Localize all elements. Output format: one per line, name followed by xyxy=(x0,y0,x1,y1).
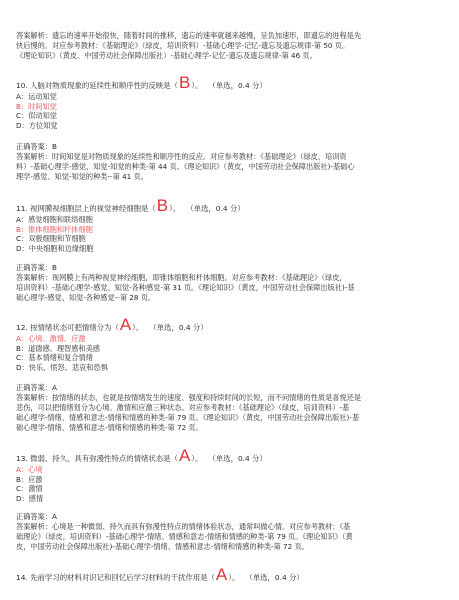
option-c: C：激情 xyxy=(16,484,446,494)
option-d: D：中央细胞和边缘细胞 xyxy=(16,244,446,254)
option-d: D：感情 xyxy=(16,494,446,504)
question-10: 10. 人脑对物质现象的延续性和顺序性的反映是（ B ）。 （单选，0.4 分）… xyxy=(16,76,446,130)
explanation-line: 础心理学-感觉、知觉-各种感觉--第 28 页。 xyxy=(16,293,446,303)
explanation-q9: 答案解析：遗忘的速率开始很快，随着时间的推移，遗忘的速率就越来越慢，呈负加速形，… xyxy=(16,31,446,61)
explanation-line: 答案解析：按情绪的状态，也就是按情绪发生的速度、强度和持续时间的长短，而不问情绪… xyxy=(16,393,446,403)
explanation-line: 答案解析：遗忘的速率开始很快，随着时间的推移，遗忘的速率就越来越慢，呈负加速形，… xyxy=(16,31,446,41)
question-text: 先前学习的材料对识记和回忆后学习材料的干扰作用是（ xyxy=(30,573,215,583)
question-meta: （单选，0.4 分） xyxy=(186,204,244,214)
answer-mark: B xyxy=(179,76,190,90)
question-stem: 12. 按情绪状态可把情绪分为（ A ）。 （单选，0.4 分） xyxy=(16,318,446,333)
option-b-correct: B：时间知觉 xyxy=(16,102,446,112)
option-d: D：方位知觉 xyxy=(16,121,446,131)
answer-mark: A xyxy=(120,318,131,332)
question-meta: （单选，0.4 分） xyxy=(245,573,303,583)
explanation-line: 答案解析：时间知觉是对物质现象的延续性和顺序性的反应。对应参考教材：《基础理论》… xyxy=(16,152,446,162)
option-c: C：基本情绪和复合情绪 xyxy=(16,353,446,363)
explanation-line: 理学-感觉、知觉-知觉的种类--第 41 页。 xyxy=(16,172,446,182)
question-text: 按情绪状态可把情绪分为（ xyxy=(30,323,119,333)
correct-answer: 正确答案：B xyxy=(16,263,446,273)
question-number: 13. xyxy=(16,454,28,464)
question-text-end: ）。 xyxy=(228,573,239,583)
answer-block-11: 正确答案：B 答案解析：视网膜上有两种视觉神经细胞，即锥体细胞和杆体细胞。对应参… xyxy=(16,263,446,303)
question-text: 微弱、持久、具有弥漫性特点的情绪状态是（ xyxy=(30,454,178,464)
answer-mark: A xyxy=(216,568,227,582)
option-b: B：应激 xyxy=(16,475,446,485)
explanation-line: 料）-基础心理学-感觉、知觉-知觉的种类-第 44 页。《理论知识》（黄皮，中国… xyxy=(16,162,446,172)
question-text: 视网膜视细胞层上的视觉神经细胞是（ xyxy=(30,204,156,214)
explanation-line: 《理论知识》（黄皮、中国劳动社会保障出版社）-基础心理学-记忆-遗忘及遗忘规律-… xyxy=(16,51,446,61)
question-stem: 10. 人脑对物质现象的延续性和顺序性的反映是（ B ）。 （单选，0.4 分） xyxy=(16,76,446,91)
option-a: A：感觉细胞和联络细胞 xyxy=(16,215,446,225)
option-a-correct: A：心境 xyxy=(16,465,446,475)
question-number: 11. xyxy=(16,204,28,214)
question-stem: 14. 先前学习的材料对识记和回忆后学习材料的干扰作用是（ A ）。 （单选，0… xyxy=(16,568,446,583)
question-text-end: ）。 xyxy=(191,81,202,91)
question-11: 11. 视网膜视细胞层上的视觉神经细胞是（ B ）。 （单选，0.4 分） A：… xyxy=(16,199,446,253)
question-stem: 11. 视网膜视细胞层上的视觉神经细胞是（ B ）。 （单选，0.4 分） xyxy=(16,199,446,214)
option-a-correct: A：心境、激情、应激 xyxy=(16,334,446,344)
explanation-line: 培训资料）-基础心理学-感觉、知觉-各种感觉-第 31 页。《理论知识》（黄皮，… xyxy=(16,283,446,293)
option-c: C：似动知觉 xyxy=(16,111,446,121)
explanation-line: 答案解析：心境是一种微弱、持久而具有弥漫性特点的情绪体验状态，通常叫做心情。对应… xyxy=(16,522,446,532)
question-12: 12. 按情绪状态可把情绪分为（ A ）。 （单选，0.4 分） A：心境、激情… xyxy=(16,318,446,372)
option-b: B：道德感、理智感和美感 xyxy=(16,344,446,354)
question-14: 14. 先前学习的材料对识记和回忆后学习材料的干扰作用是（ A ）。 （单选，0… xyxy=(16,568,446,583)
explanation-line: 础理论》（绿皮，培训资料）-基础心理学-情绪、情感和意志-情绪和情感的种类-第 … xyxy=(16,532,446,542)
explanation-line: 皮，中国劳动社会保障出版社)-基础心理学-情绪、情感和意志-情绪和情感的种类-第… xyxy=(16,542,446,552)
question-number: 10. xyxy=(16,81,28,91)
answer-mark: B xyxy=(157,199,168,213)
explanation-line: 础心理学-情绪、情感和意志-情绪和情感的种类-第 79 页。《理论知识》（黄皮，… xyxy=(16,413,446,423)
question-meta: （单选，0.4 分） xyxy=(208,454,266,464)
answer-block-13: 正确答案：A 答案解析：心境是一种微弱、持久而具有弥漫性特点的情绪体验状态，通常… xyxy=(16,512,446,552)
answer-block-10: 正确答案：B 答案解析：时间知觉是对物质现象的延续性和顺序性的反应。对应参考教材… xyxy=(16,142,446,182)
question-number: 12. xyxy=(16,323,28,333)
correct-answer: 正确答案：A xyxy=(16,383,446,393)
question-text-end: ）。 xyxy=(132,323,143,333)
explanation-line: 答案解析：视网膜上有两种视觉神经细胞，即锥体细胞和杆体细胞。对应参考教材：《基础… xyxy=(16,273,446,283)
question-13: 13. 微弱、持久、具有弥漫性特点的情绪状态是（ A ）。 （单选，0.4 分）… xyxy=(16,449,446,503)
correct-answer: 正确答案：A xyxy=(16,512,446,522)
explanation-line: 悲伤，可以把情绪划分为心境、激情和应激三种状态。对应参考教材：《基础理论》（绿皮… xyxy=(16,403,446,413)
explanation-line: 础心理学-情绪、情感和意志-情绪和情感的种类-第 72 页。 xyxy=(16,423,446,433)
question-meta: （单选，0.4 分） xyxy=(208,81,266,91)
option-d: D：快乐、愤怒、悲哀和恐惧 xyxy=(16,363,446,373)
option-b-correct: B：锥体细胞和杆体细胞 xyxy=(16,225,446,235)
question-meta: （单选，0.4 分） xyxy=(149,323,207,333)
correct-answer: 正确答案：B xyxy=(16,142,446,152)
explanation-line: 快后慢的。对应参考教材：《基础理论》（绿皮，培训资料）-基础心理学-记忆-遗忘及… xyxy=(16,41,446,51)
question-text-end: ）。 xyxy=(169,204,180,214)
option-a: A：运动知觉 xyxy=(16,92,446,102)
question-text: 人脑对物质现象的延续性和顺序性的反映是（ xyxy=(30,81,178,91)
question-number: 14. xyxy=(16,573,28,583)
option-c: C：双极细胞和节细胞 xyxy=(16,234,446,244)
question-text-end: ）。 xyxy=(191,454,202,464)
answer-mark: A xyxy=(179,449,190,463)
question-stem: 13. 微弱、持久、具有弥漫性特点的情绪状态是（ A ）。 （单选，0.4 分） xyxy=(16,449,446,464)
answer-block-12: 正确答案：A 答案解析：按情绪的状态，也就是按情绪发生的速度、强度和持续时间的长… xyxy=(16,383,446,433)
